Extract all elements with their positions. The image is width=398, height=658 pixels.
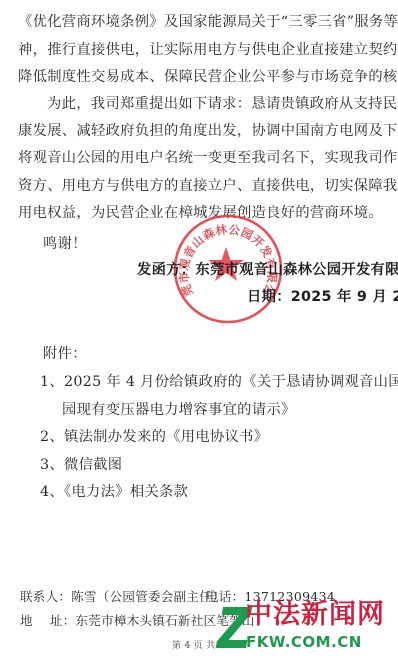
thanks-text: 鸣谢！ xyxy=(43,235,87,253)
date-line: 日期：2025 年 9 月 20 日 xyxy=(247,288,384,306)
paragraph-2-line-2: 康发展、减轻政府负担的角度出发，协调中国南方电网及下属公司， xyxy=(18,122,384,140)
contact-person: 联系人：陈雪（公园管委会副主任） xyxy=(20,588,225,606)
attachment-item-2: 2、镇法制办发来的《用电协议书》 xyxy=(40,428,268,446)
page-number: 第 4 页 共 xyxy=(172,637,215,655)
paragraph-2-line-1: 为此，我司郑重提出如下请求：恳请贵镇政府从支持民营企业健 xyxy=(47,95,384,113)
paragraph-1-line-3: 降低制度性交易成本、保障民营企业公平参与市场竞争的核心要义。 xyxy=(18,68,384,86)
sender-line: 发函方：东莞市观音山森林公园开发有限公司 xyxy=(137,261,384,279)
paragraph-2-line-5: 用电权益，为民营企业在樟城发展创造良好的营商环境。 xyxy=(18,204,384,222)
watermark-logo: Z 中法新闻网 FKW.COM.CN xyxy=(212,600,398,658)
paragraph-1-line-1: 《优化营商环境条例》及国家能源局关于“三零三省”服务等政策精 xyxy=(18,13,384,31)
paragraph-2-line-3: 将观音山公园的用电户名统一变更至我司名下，实现我司作为实际投 xyxy=(18,149,384,167)
logo-site-name: 中法新闻网 xyxy=(245,600,385,630)
attachment-item-3: 3、微信截图 xyxy=(40,456,122,474)
paragraph-1-line-2: 神，推行直接供电，让实际用电方与供电企业直接建立契约关系，是 xyxy=(18,41,384,59)
attachment-item-4: 4、《电力法》相关条款 xyxy=(40,483,188,501)
logo-site-url: FKW.COM.CN xyxy=(246,633,362,651)
svg-text:东莞市观音山森林公园开发有限公司: 东莞市观音山森林公园开发有限公司 xyxy=(172,213,279,298)
attachment-item-1-continued: 园现有变压器电力增容事宜的请示》 xyxy=(62,401,296,419)
attachments-heading: 附件： xyxy=(43,345,87,363)
attachment-item-1: 1、2025 年 4 月份给镇政府的《关于恳请协调观音山国家森林公 xyxy=(40,373,384,391)
paragraph-2-line-4: 资方、用电方与供电方的直接立户、直接供电，切实保障我司的合法 xyxy=(18,177,384,195)
